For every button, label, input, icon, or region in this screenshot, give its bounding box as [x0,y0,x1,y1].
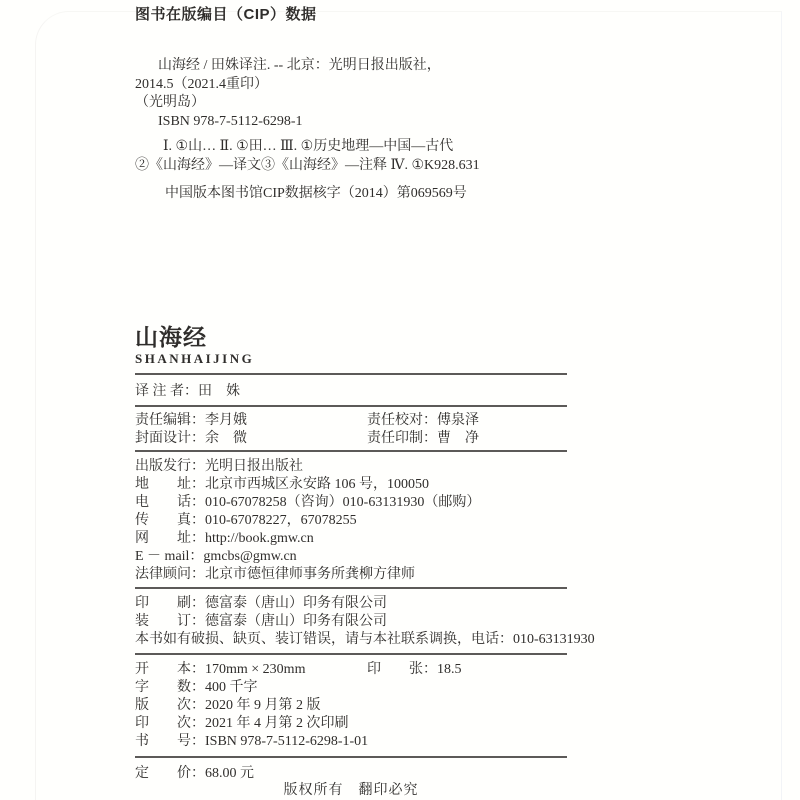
copyright-page: 图书在版编目（CIP）数据 山海经 / 田姝译注. -- 北京：光明日报出版社，… [0,0,800,800]
imprint-block: 山海经 SHANHAIJING 译 注 者：田 姝 责任编辑：李月娥 责任校对：… [135,325,567,783]
defect-notice-row: 本书如有破损、缺页、装订错误，请与本社联系调换，电话：010-63131930 [135,631,567,649]
print-supervisor-credit: 责任印制：曹 净 [367,430,479,448]
publisher-row: 出版发行：光明日报出版社 [135,458,567,476]
cip-block: 图书在版编目（CIP）数据 山海经 / 田姝译注. -- 北京：光明日报出版社，… [135,6,567,204]
printer-row: 印 刷：德富泰（唐山）印务有限公司 [135,595,567,613]
translator-row: 译 注 者：田 姝 [135,375,567,401]
book-title: 山海经 [135,325,567,349]
cip-record-number: 中国版本图书馆CIP数据核字（2014）第069569号 [135,185,567,204]
format-spec: 开 本：170mm × 230mm [135,662,305,677]
cip-line-title: 山海经 / 田姝译注. -- 北京：光明日报出版社， [135,57,567,76]
book-number-spec: 书 号：ISBN 978-7-5112-6298-1-01 [135,733,567,751]
specs-block: 开 本：170mm × 230mm 印 张：18.5 字 数：400 千字 版 … [135,655,567,756]
website-row: 网 址：http://book.gmw.cn [135,530,567,548]
cip-header: 图书在版编目（CIP）数据 [135,6,567,24]
cip-classification-2: ②《山海经》—译文③《山海经》—注释 Ⅳ. ①K928.631 [135,157,567,176]
proofreader-credit: 责任校对：傅泉泽 [367,412,479,430]
copyright-notice: 版权所有 翻印必究 [135,779,567,799]
fax-row: 传 真：010-67078227，67078255 [135,512,567,530]
cip-isbn: ISBN 978-7-5112-6298-1 [135,113,567,132]
word-count-spec: 字 数：400 千字 [135,679,567,697]
editor-credit: 责任编辑：李月娥 [135,413,247,428]
cip-body: 山海经 / 田姝译注. -- 北京：光明日报出版社， 2014.5（2021.4… [135,57,567,204]
legal-counsel-row: 法律顾问：北京市德恒律师事务所龚柳方律师 [135,566,567,584]
cover-design-credit: 封面设计：余 微 [135,431,247,446]
cip-classification-1: Ⅰ. ①山… Ⅱ. ①田… Ⅲ. ①历史地理—中国—古代 [135,138,567,157]
cip-line-series: （光明岛） [135,94,567,113]
staff-block: 责任编辑：李月娥 责任校对：傅泉泽 封面设计：余 微 责任印制：曹 净 [135,407,567,450]
address-row: 地 址：北京市西城区永安路 106 号，100050 [135,476,567,494]
cip-line-year: 2014.5（2021.4重印） [135,76,567,95]
phone-row: 电 话：010-67078258（咨询）010-63131930（邮购） [135,494,567,512]
email-row: E － mail：gmcbs@gmw.cn [135,548,567,566]
publisher-block: 出版发行：光明日报出版社 地 址：北京市西城区永安路 106 号，100050 … [135,452,567,587]
book-title-pinyin: SHANHAIJING [135,352,567,366]
staff-row: 责任编辑：李月娥 责任校对：傅泉泽 [135,412,567,430]
printing-block: 印 刷：德富泰（唐山）印务有限公司 装 订：德富泰（唐山）印务有限公司 本书如有… [135,589,567,653]
edition-spec: 版 次：2020 年 9 月第 2 版 [135,697,567,715]
spec-row: 开 本：170mm × 230mm 印 张：18.5 [135,661,567,679]
binding-row: 装 订：德富泰（唐山）印务有限公司 [135,613,567,631]
sheets-spec: 印 张：18.5 [367,661,462,679]
impression-spec: 印 次：2021 年 4 月第 2 次印刷 [135,715,567,733]
staff-row: 封面设计：余 微 责任印制：曹 净 [135,430,567,448]
